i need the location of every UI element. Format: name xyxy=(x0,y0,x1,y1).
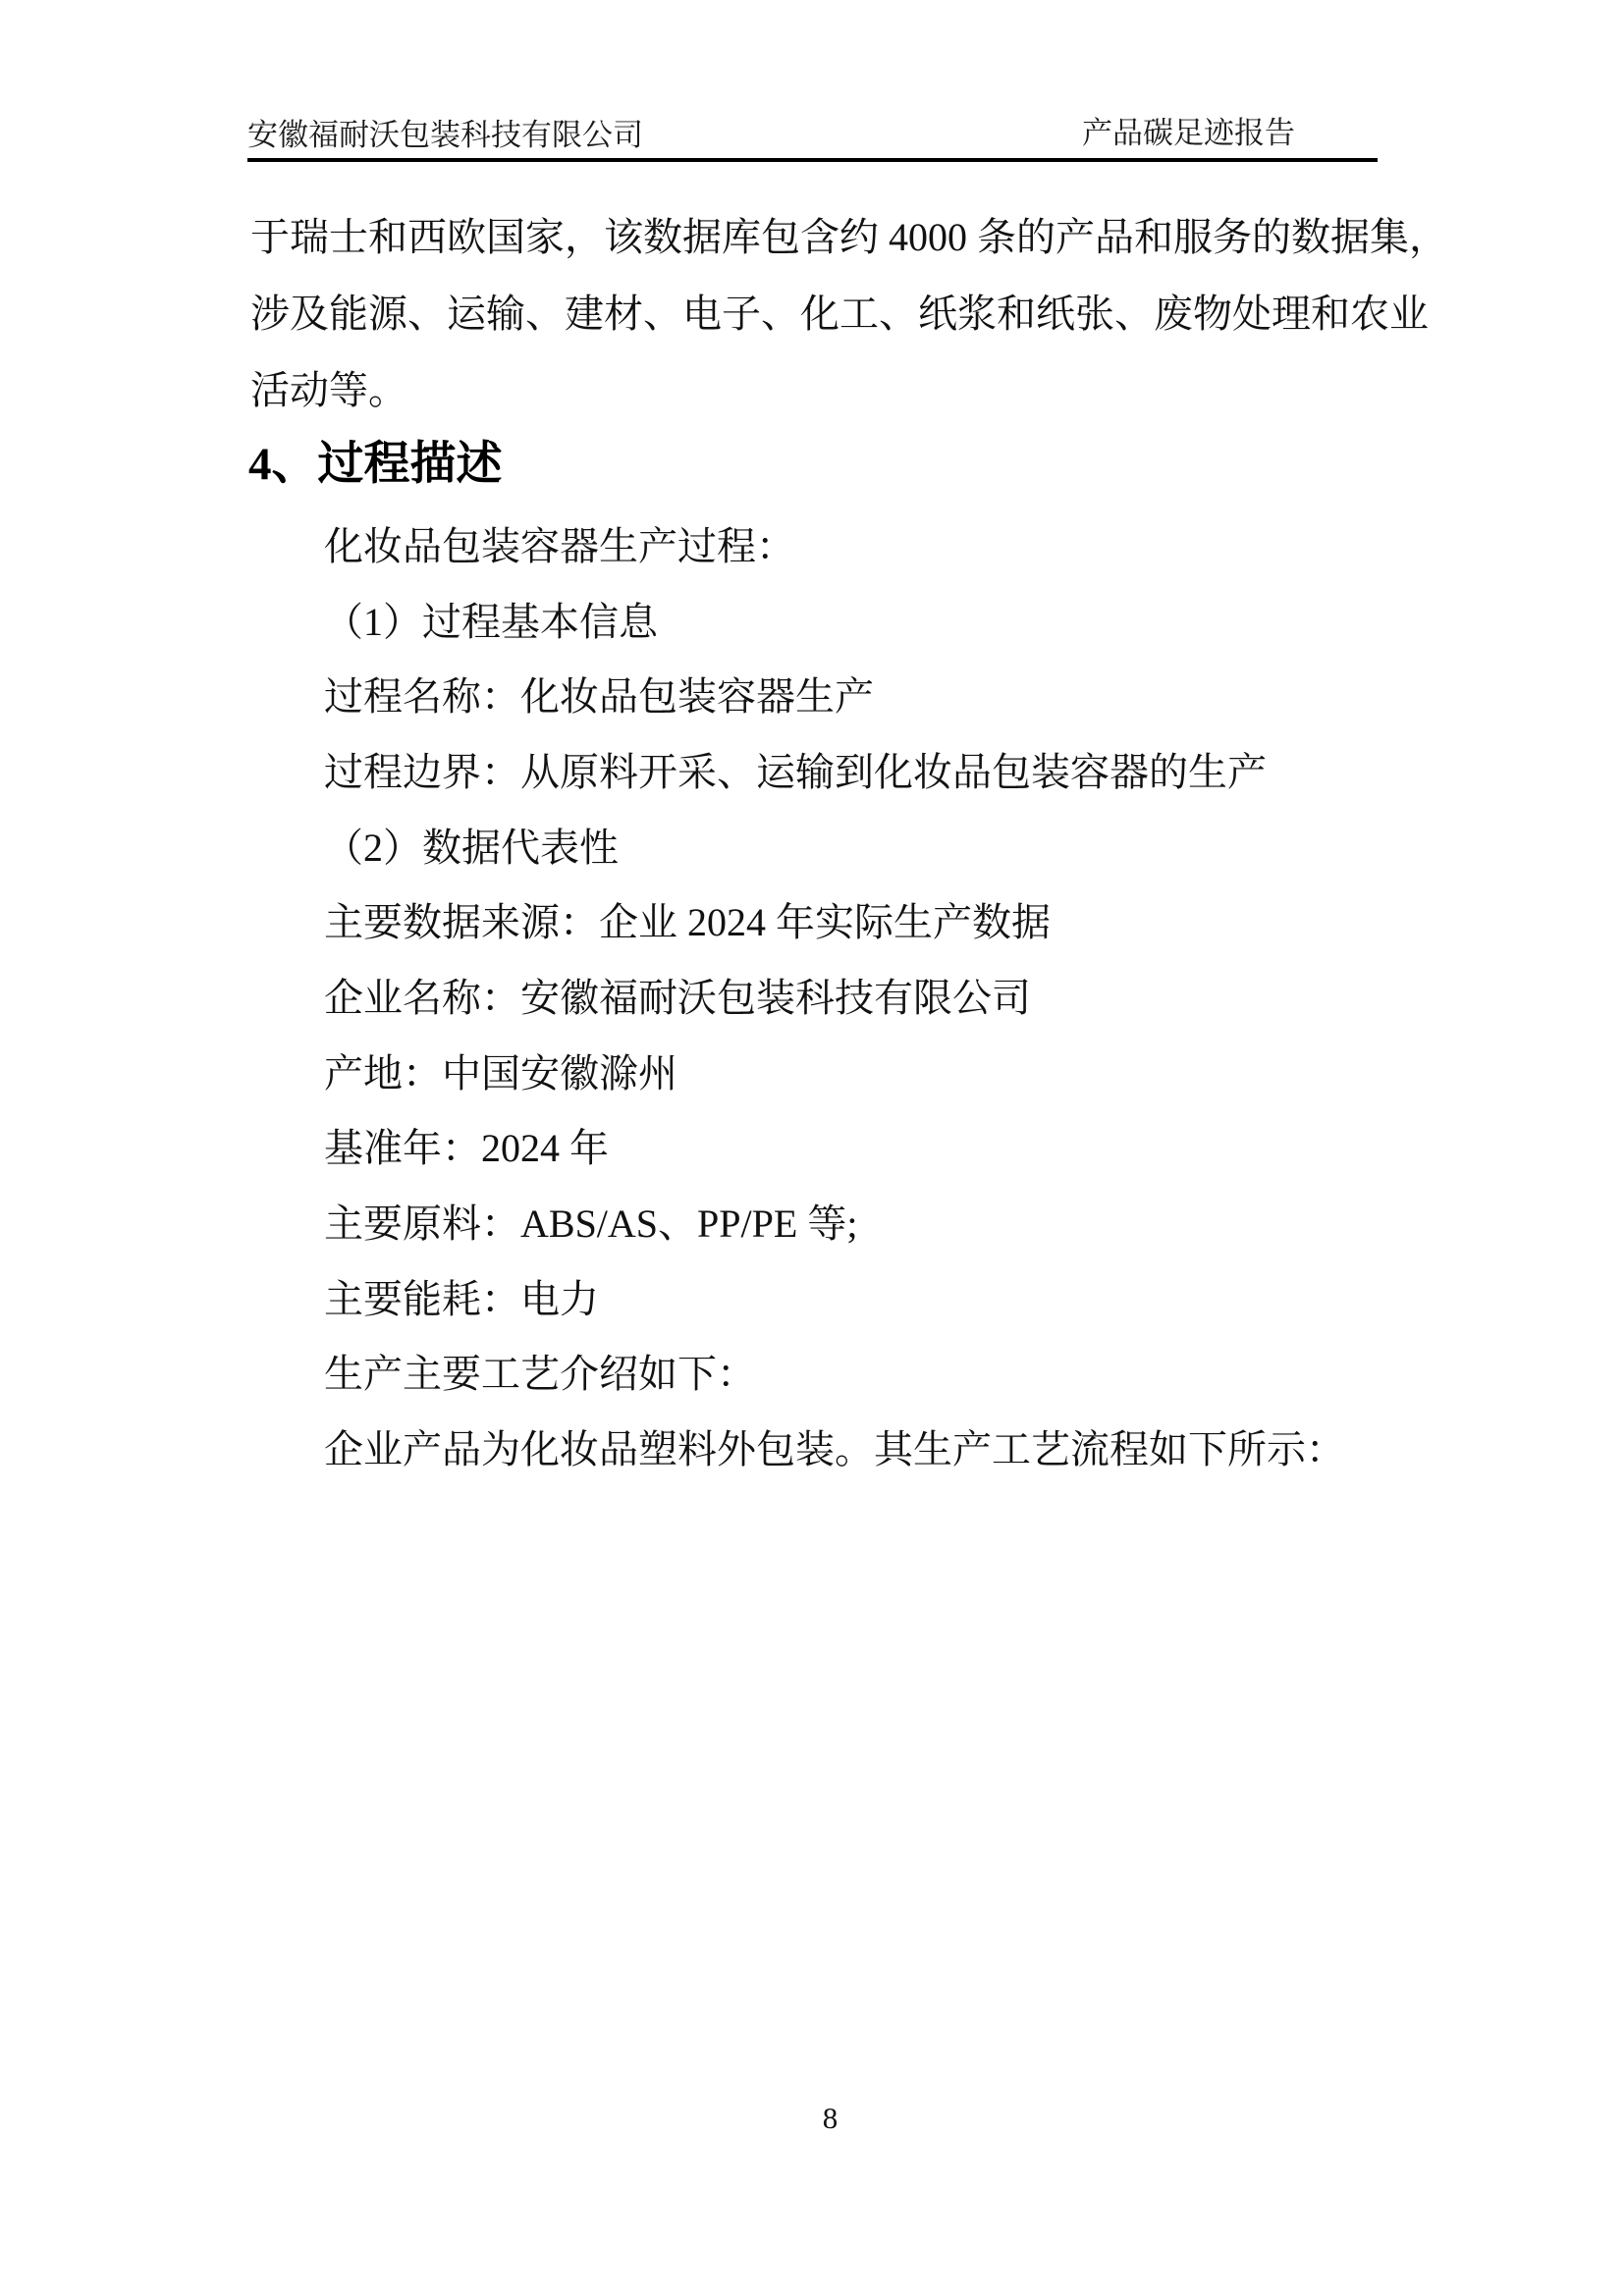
header-company-name: 安徽福耐沃包装科技有限公司 xyxy=(247,119,643,152)
body-line: 企业名称：安徽福耐沃包装科技有限公司 xyxy=(324,977,1031,1020)
body-line: 主要能耗：电力 xyxy=(324,1278,599,1321)
body-line: 生产主要工艺介绍如下： xyxy=(324,1353,756,1396)
header-rule xyxy=(247,158,1378,162)
body-line: 产地：中国安徽滁州 xyxy=(324,1052,677,1095)
body-line: 主要原料：ABS/AS、PP/PE 等; xyxy=(324,1202,857,1246)
intro-paragraph-line: 活动等。 xyxy=(250,369,407,412)
document-page: 安徽福耐沃包装科技有限公司 产品碳足迹报告 于瑞士和西欧国家，该数据库包含约 4… xyxy=(0,0,1624,2296)
header-report-title: 产品碳足迹报告 xyxy=(1082,117,1295,150)
body-line: 化妆品包装容器生产过程： xyxy=(324,525,795,568)
body-line: （2）数据代表性 xyxy=(324,827,619,870)
body-line: 过程名称：化妆品包装容器生产 xyxy=(324,675,874,719)
section-heading: 4、过程描述 xyxy=(248,440,503,491)
page-number: 8 xyxy=(0,2101,1624,2136)
body-line: 过程边界：从原料开采、运输到化妆品包装容器的生产 xyxy=(324,751,1267,794)
intro-paragraph-line: 涉及能源、运输、建材、电子、化工、纸浆和纸张、废物处理和农业 xyxy=(250,293,1429,336)
intro-paragraph-line: 于瑞士和西欧国家，该数据库包含约 4000 条的产品和服务的数据集， xyxy=(250,216,1448,259)
body-line: （1）过程基本信息 xyxy=(324,601,658,644)
body-line: 基准年：2024 年 xyxy=(324,1127,609,1170)
body-line: 企业产品为化妆品塑料外包装。其生产工艺流程如下所示： xyxy=(324,1428,1345,1471)
body-line: 主要数据来源：企业 2024 年实际生产数据 xyxy=(324,901,1051,944)
